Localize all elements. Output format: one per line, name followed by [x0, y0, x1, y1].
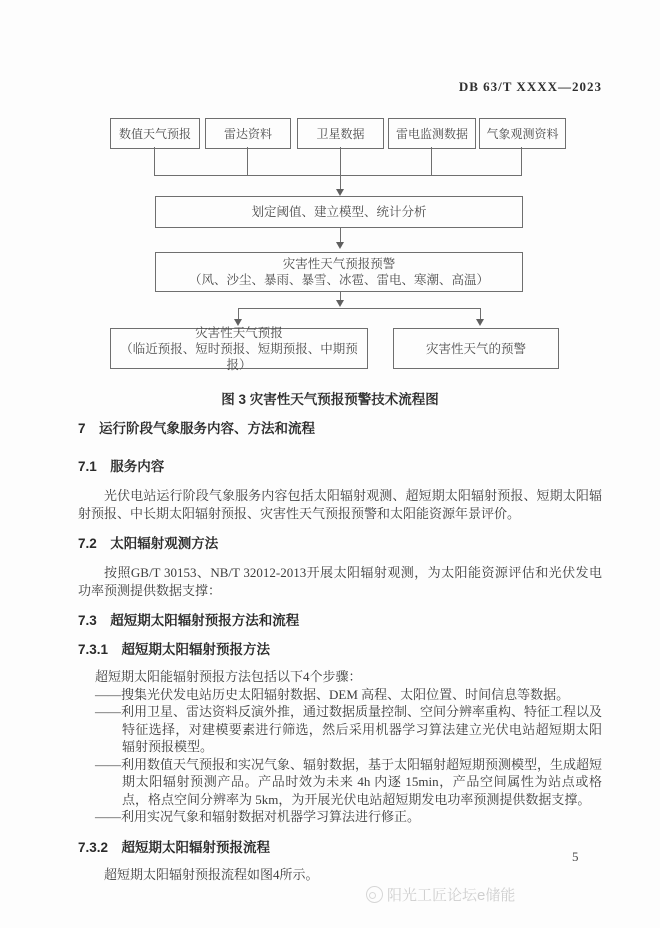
flow-box-label: 灾害性天气预报: [195, 325, 283, 341]
flow-box-numerical-weather-forecast: 数值天气预报: [110, 118, 200, 149]
flow-connector-line: [154, 147, 155, 176]
flow-connector-line: [340, 291, 341, 300]
section-7-3-title: 7.3 超短期太阳辐射预报方法和流程: [78, 612, 602, 630]
arrow-down-icon: [336, 300, 344, 307]
arrow-down-icon: [476, 319, 484, 326]
flow-connector-line: [238, 308, 480, 309]
flow-connector-line: [480, 308, 481, 319]
flow-box-severe-weather-forecast: 灾害性天气预报 （临近预报、短时预报、短期预报、中期预报）: [110, 328, 368, 369]
flow-box-lightning-monitoring-data: 雷电监测数据: [388, 118, 476, 149]
step-item: ——利用卫星、雷达资料反演外推，通过数据质量控制、空间分辨率重构、特征工程以及特…: [95, 703, 602, 756]
document-body: 7 运行阶段气象服务内容、方法和流程 7.1 服务内容 光伏电站运行阶段气象服务…: [78, 420, 602, 895]
flow-connector-line: [247, 147, 248, 176]
flow-connector-line: [431, 147, 432, 176]
step-item: ——利用实况气象和辐射数据对机器学习算法进行修正。: [95, 808, 602, 826]
section-7-2-title: 7.2 太阳辐射观测方法: [78, 535, 602, 553]
watermark: 阳光工匠论坛e储能: [366, 884, 515, 905]
flow-box-label: 卫星数据: [316, 126, 364, 142]
section-7-3-1-title: 7.3.1 超短期太阳辐射预报方法: [78, 641, 602, 659]
flow-box-label: 数值天气预报: [119, 126, 191, 142]
flow-connector-line: [238, 308, 239, 319]
arrow-down-icon: [336, 189, 344, 196]
flow-connector-line: [340, 227, 341, 242]
arrow-down-icon: [336, 242, 344, 249]
flow-box-label: 雷电监测数据: [396, 126, 468, 142]
flow-box-label: 灾害性天气的预警: [426, 341, 526, 357]
flow-box-radar-data: 雷达资料: [205, 118, 291, 149]
section-7-3-2-paragraph: 超短期太阳辐射预报流程如图4所示。: [78, 866, 602, 884]
step-item: ——搜集光伏发电站历史太阳辐射数据、DEM 高程、太阳位置、时间信息等数据。: [95, 686, 602, 704]
flow-box-label: 灾害性天气预报预警: [283, 256, 396, 272]
figure3-caption: 图 3 灾害性天气预报预警技术流程图: [0, 388, 660, 408]
step-list-intro: 超短期太阳能辐射预报方法包括以下4个步骤：: [95, 668, 602, 686]
section-7-2-paragraph: 按照GB/T 30153、NB/T 32012-2013开展太阳辐射观测，为太阳…: [78, 564, 602, 599]
section-7-1-title: 7.1 服务内容: [78, 458, 602, 476]
flow-connector-line: [521, 147, 522, 176]
flow-box-label: 气象观测资料: [486, 126, 558, 142]
document-page: DB 63/T XXXX—2023 数值天气预报 雷达资料 卫星数据 雷电监测数…: [0, 0, 660, 928]
flow-box-threshold-model-analysis: 划定阈值、建立模型、统计分析: [155, 196, 523, 228]
flow-box-weather-observation-data: 气象观测资料: [479, 118, 566, 149]
watermark-logo-icon: [366, 886, 383, 903]
flow-connector-line: [154, 175, 522, 176]
flow-box-severe-weather-alert: 灾害性天气的预警: [393, 328, 559, 369]
section-7-3-2-title: 7.3.2 超短期太阳辐射预报流程: [78, 839, 602, 857]
step-list: 超短期太阳能辐射预报方法包括以下4个步骤： ——搜集光伏发电站历史太阳辐射数据、…: [95, 668, 602, 826]
standard-code: DB 63/T XXXX—2023: [459, 79, 602, 95]
flow-connector-line: [340, 175, 341, 189]
flow-box-label: 雷达资料: [224, 126, 272, 142]
flow-box-label: 划定阈值、建立模型、统计分析: [251, 204, 426, 220]
flow-connector-line: [340, 147, 341, 176]
step-item: ——利用数值天气预报和实况气象、辐射数据，基于太阳辐射超短期预测模型，生成超短期…: [95, 756, 602, 809]
flow-box-sublabel: （临近预报、短时预报、短期预报、中期预报）: [111, 341, 367, 373]
section-7-title: 7 运行阶段气象服务内容、方法和流程: [78, 420, 602, 438]
section-7-1-paragraph: 光伏电站运行阶段气象服务内容包括太阳辐射观测、超短期太阳辐射预报、短期太阳辐射预…: [78, 487, 602, 522]
flow-box-satellite-data: 卫星数据: [297, 118, 384, 149]
page-number: 5: [572, 849, 579, 865]
flow-box-sublabel: （风、沙尘、暴雨、暴雪、冰雹、雷电、寒潮、高温）: [189, 272, 489, 288]
flow-box-severe-weather-forecast-warning: 灾害性天气预报预警 （风、沙尘、暴雨、暴雪、冰雹、雷电、寒潮、高温）: [155, 252, 523, 292]
watermark-text: 阳光工匠论坛e储能: [387, 884, 515, 905]
